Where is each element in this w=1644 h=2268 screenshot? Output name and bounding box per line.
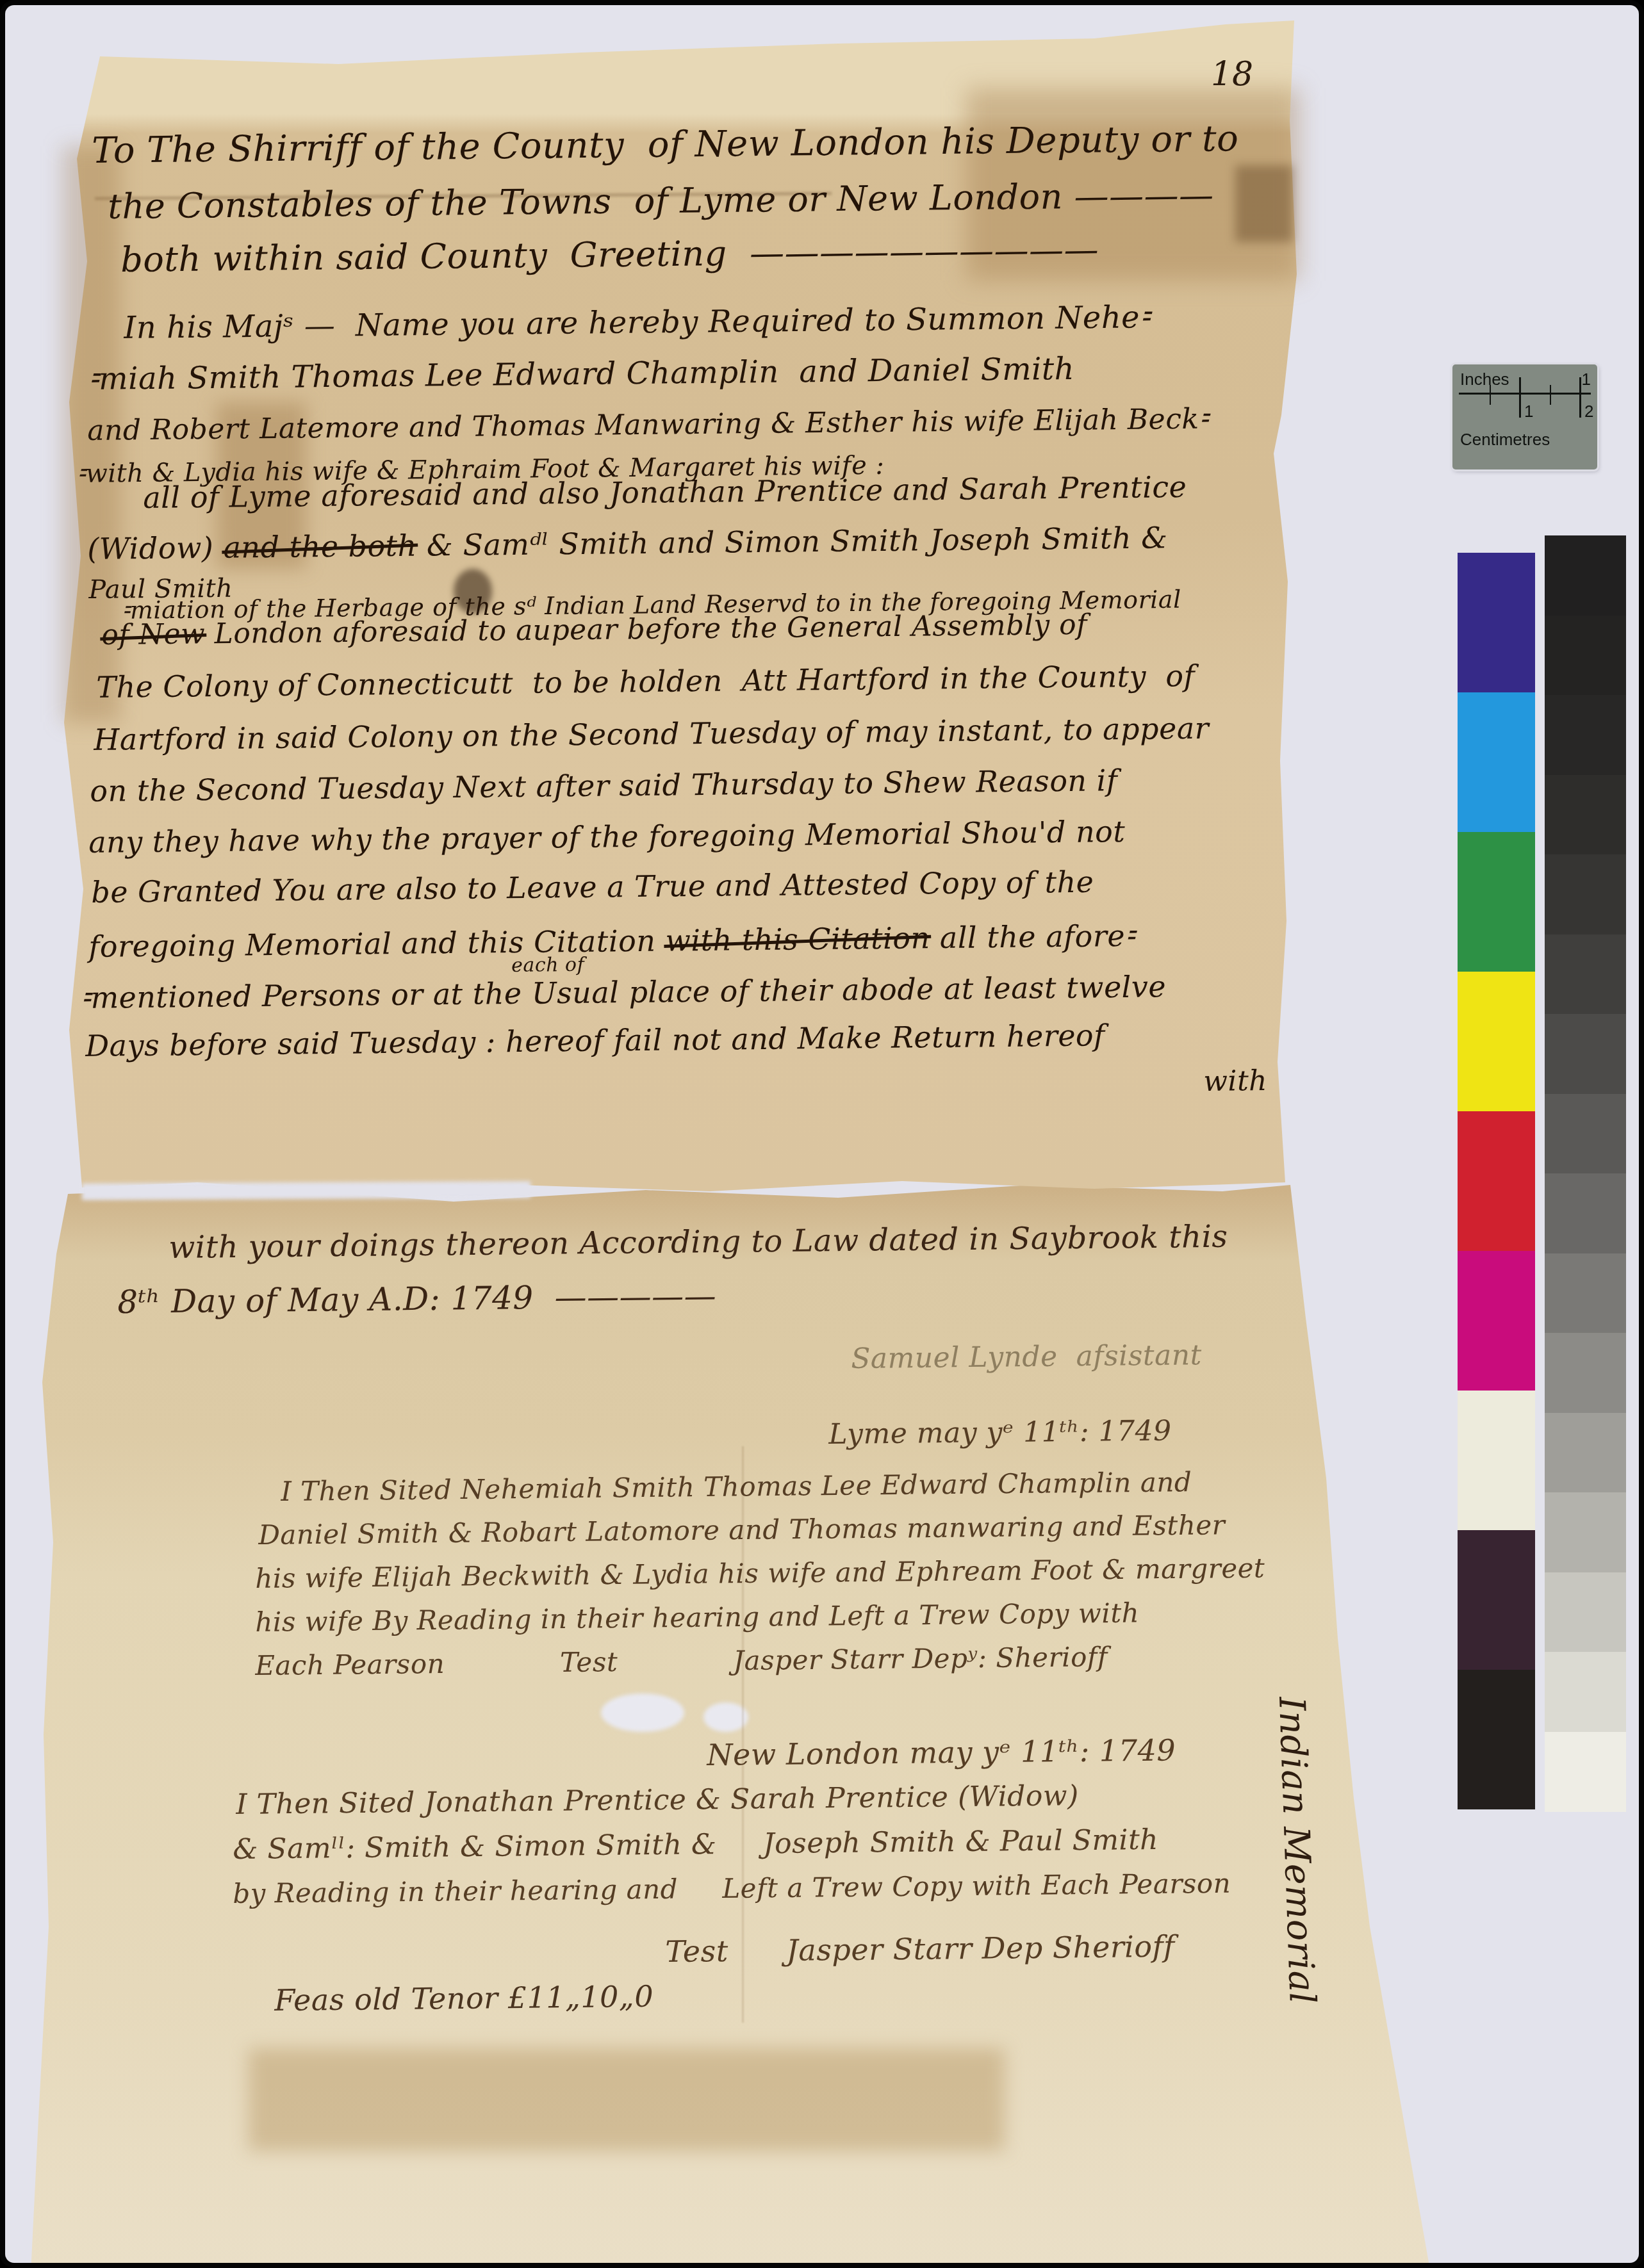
manuscript-line: with your doings thereon According to La… xyxy=(169,1219,1228,1266)
grayscale-calibration-strip xyxy=(1545,535,1626,1811)
manuscript-line: 8ᵗʰ Day of May A.D: 1749 ————— xyxy=(117,1277,716,1321)
ruler-cm-number-1: 1 xyxy=(1524,402,1533,421)
text-segment: & Samᵈˡ Smith and Simon Smith Joseph Smi… xyxy=(417,520,1168,562)
manuscript-line: be Granted You are also to Leave a True … xyxy=(91,865,1094,910)
color-patch-blue xyxy=(1458,692,1535,832)
manuscript-line: by Reading in their hearing and Left a T… xyxy=(233,1868,1231,1909)
text-segment: his wife Elijah Beckwith & Lydia his wif… xyxy=(255,1552,1265,1594)
text-segment: Lyme may yᵉ 11ᵗʰ: 1749 xyxy=(828,1414,1172,1451)
ruler-scale-line xyxy=(1459,393,1591,395)
ruler-cm-number-2: 2 xyxy=(1584,402,1593,421)
gray-step xyxy=(1545,1492,1626,1573)
struck-text: of New xyxy=(101,617,205,651)
text-segment: all the afore⹀ xyxy=(930,918,1135,955)
text-segment: Each Pearson Test Jasper Starr Depʸ: She… xyxy=(255,1641,1108,1681)
manuscript-line: Hartford in said Colony on the Second Tu… xyxy=(94,711,1209,757)
color-patch-dark-maroon xyxy=(1458,1530,1535,1670)
color-calibration-strip xyxy=(1458,553,1535,1809)
manuscript-line: Samuel Lynde afsistant xyxy=(851,1339,1202,1375)
manuscript-line: his wife By Reading in their hearing and… xyxy=(255,1597,1139,1638)
text-segment: Daniel Smith & Robart Latomore and Thoma… xyxy=(258,1509,1225,1551)
text-segment: In his Majˢ — Name you are hereby Requir… xyxy=(124,299,1150,346)
text-segment: the Constables of the Towns of Lyme or N… xyxy=(108,175,1214,227)
color-patch-red xyxy=(1458,1111,1535,1251)
text-segment: (Widow) xyxy=(87,530,224,566)
manuscript-line: on the Second Tuesday Next after said Th… xyxy=(90,763,1118,808)
manuscript-line: Daniel Smith & Robart Latomore and Thoma… xyxy=(258,1509,1225,1551)
ruler-card: Inches 1 1 2 Centimetres xyxy=(1452,364,1597,469)
text-segment: To The Shirriff of the County of New Lon… xyxy=(92,118,1239,172)
text-segment: with xyxy=(1203,1065,1267,1098)
manuscript-line: foregoing Memorial and this Citation wit… xyxy=(88,915,1135,966)
color-patch-magenta xyxy=(1458,1251,1535,1391)
cm-tick xyxy=(1550,395,1551,405)
manuscript-line: Indian Memorial xyxy=(1270,1696,1323,2005)
ruler-centimetres-label: Centimetres xyxy=(1460,430,1550,450)
manuscript-line: The Colony of Connecticutt to be holden … xyxy=(96,658,1195,705)
manuscript-text-layer: To The Shirriff of the County of New Lon… xyxy=(5,5,1639,2263)
manuscript-line: ⹀miah Smith Thomas Lee Edward Champlin a… xyxy=(88,347,1074,399)
text-segment: both within said County Greeting ———————… xyxy=(120,229,1099,280)
gray-step xyxy=(1545,1253,1626,1334)
text-segment: Feas old Tenor £11„10„0 xyxy=(274,1979,653,2018)
text-segment: ⹀mentioned Persons or at the Usual place… xyxy=(81,969,1166,1015)
manuscript-line: In his Majˢ — Name you are hereby Requir… xyxy=(124,295,1150,348)
manuscript-line: Test Jasper Starr Dep Sherioff xyxy=(665,1929,1175,1969)
text-segment: Samuel Lynde afsistant xyxy=(851,1339,1202,1375)
gray-step xyxy=(1545,616,1626,696)
text-segment: with your doings thereon According to La… xyxy=(169,1219,1228,1266)
text-segment: Hartford in said Colony on the Second Tu… xyxy=(94,711,1209,757)
gray-step xyxy=(1545,695,1626,776)
manuscript-line: his wife Elijah Beckwith & Lydia his wif… xyxy=(255,1552,1265,1594)
gray-step xyxy=(1545,1094,1626,1175)
gray-step xyxy=(1545,1014,1626,1095)
ruler-inches-label: Inches xyxy=(1460,370,1509,389)
gray-step xyxy=(1545,1732,1626,1813)
cm-tick xyxy=(1490,395,1491,405)
text-segment: his wife By Reading in their hearing and… xyxy=(255,1597,1139,1638)
text-segment: on the Second Tuesday Next after said Th… xyxy=(90,763,1118,808)
gray-step xyxy=(1545,775,1626,856)
text-segment: and Robert Latemore and Thomas Manwaring… xyxy=(87,403,1208,447)
color-patch-indigo xyxy=(1458,553,1535,692)
manuscript-line: To The Shirriff of the County of New Lon… xyxy=(92,118,1239,172)
text-segment: be Granted You are also to Leave a True … xyxy=(91,865,1094,910)
ruler-inch-number: 1 xyxy=(1582,370,1591,389)
text-segment: Days before said Tuesday : hereof fail n… xyxy=(85,1018,1105,1063)
color-patch-off-white xyxy=(1458,1391,1535,1530)
manuscript-line: I Then Sited Jonathan Prentice & Sarah P… xyxy=(236,1779,1079,1821)
gray-step xyxy=(1545,854,1626,935)
struck-text: with this Citation xyxy=(665,920,930,958)
manuscript-line: Days before said Tuesday : hereof fail n… xyxy=(85,1018,1105,1063)
text-segment: The Colony of Connecticutt to be holden … xyxy=(96,658,1195,705)
gray-step xyxy=(1545,1652,1626,1733)
manuscript-line: the Constables of the Towns of Lyme or N… xyxy=(108,175,1214,227)
text-segment: any they have why the prayer of the fore… xyxy=(88,814,1126,860)
manuscript-line: New London may yᵉ 11ᵗʰ: 1749 xyxy=(707,1733,1176,1772)
gray-step xyxy=(1545,535,1626,616)
manuscript-line: Feas old Tenor £11„10„0 xyxy=(274,1979,653,2018)
color-patch-yellow xyxy=(1458,972,1535,1111)
text-segment: New London may yᵉ 11ᵗʰ: 1749 xyxy=(707,1733,1176,1772)
manuscript-line: Each Pearson Test Jasper Starr Depʸ: She… xyxy=(255,1641,1108,1681)
text-segment: ⹀miah Smith Thomas Lee Edward Champlin a… xyxy=(88,351,1074,397)
manuscript-line: any they have why the prayer of the fore… xyxy=(88,814,1126,860)
inch-tick xyxy=(1519,377,1521,394)
color-patch-black xyxy=(1458,1670,1535,1809)
inch-tick xyxy=(1550,385,1551,394)
scan-background: 18 To The Shirriff of the County of New … xyxy=(5,5,1639,2263)
gray-step xyxy=(1545,1333,1626,1414)
manuscript-line: (Widow) and the both & Samᵈˡ Smith and S… xyxy=(87,520,1168,566)
text-segment: & Samˡˡ: Smith & Simon Smith & Joseph Sm… xyxy=(233,1823,1158,1866)
manuscript-line: & Samˡˡ: Smith & Simon Smith & Joseph Sm… xyxy=(233,1823,1158,1866)
manuscript-line: with xyxy=(1203,1065,1267,1098)
manuscript-line: I Then Sited Nehemiah Smith Thomas Lee E… xyxy=(281,1466,1192,1507)
gray-step xyxy=(1545,1572,1626,1653)
cm-tick xyxy=(1519,395,1521,418)
text-segment: Indian Memorial xyxy=(1270,1696,1323,2005)
photo-frame: 18 To The Shirriff of the County of New … xyxy=(0,0,1644,2268)
color-patch-green xyxy=(1458,832,1535,972)
cm-tick xyxy=(1579,395,1581,418)
inch-tick xyxy=(1579,377,1581,394)
text-segment: by Reading in their hearing and Left a T… xyxy=(233,1868,1231,1909)
manuscript-line: ⹀mentioned Persons or at the Usual place… xyxy=(81,966,1166,1017)
text-segment: I Then Sited Jonathan Prentice & Sarah P… xyxy=(236,1779,1079,1821)
gray-step xyxy=(1545,1173,1626,1254)
manuscript-line: and Robert Latemore and Thomas Manwaring… xyxy=(87,398,1208,448)
manuscript-line: Lyme may yᵉ 11ᵗʰ: 1749 xyxy=(828,1414,1172,1451)
gray-step xyxy=(1545,934,1626,1015)
struck-text: and the both xyxy=(223,528,417,565)
text-segment: Test Jasper Starr Dep Sherioff xyxy=(665,1929,1175,1969)
gray-step xyxy=(1545,1413,1626,1494)
text-segment: I Then Sited Nehemiah Smith Thomas Lee E… xyxy=(281,1466,1192,1507)
text-segment: 8ᵗʰ Day of May A.D: 1749 ————— xyxy=(117,1277,716,1321)
inch-tick xyxy=(1490,385,1491,394)
manuscript-line: both within said County Greeting ———————… xyxy=(120,229,1099,280)
